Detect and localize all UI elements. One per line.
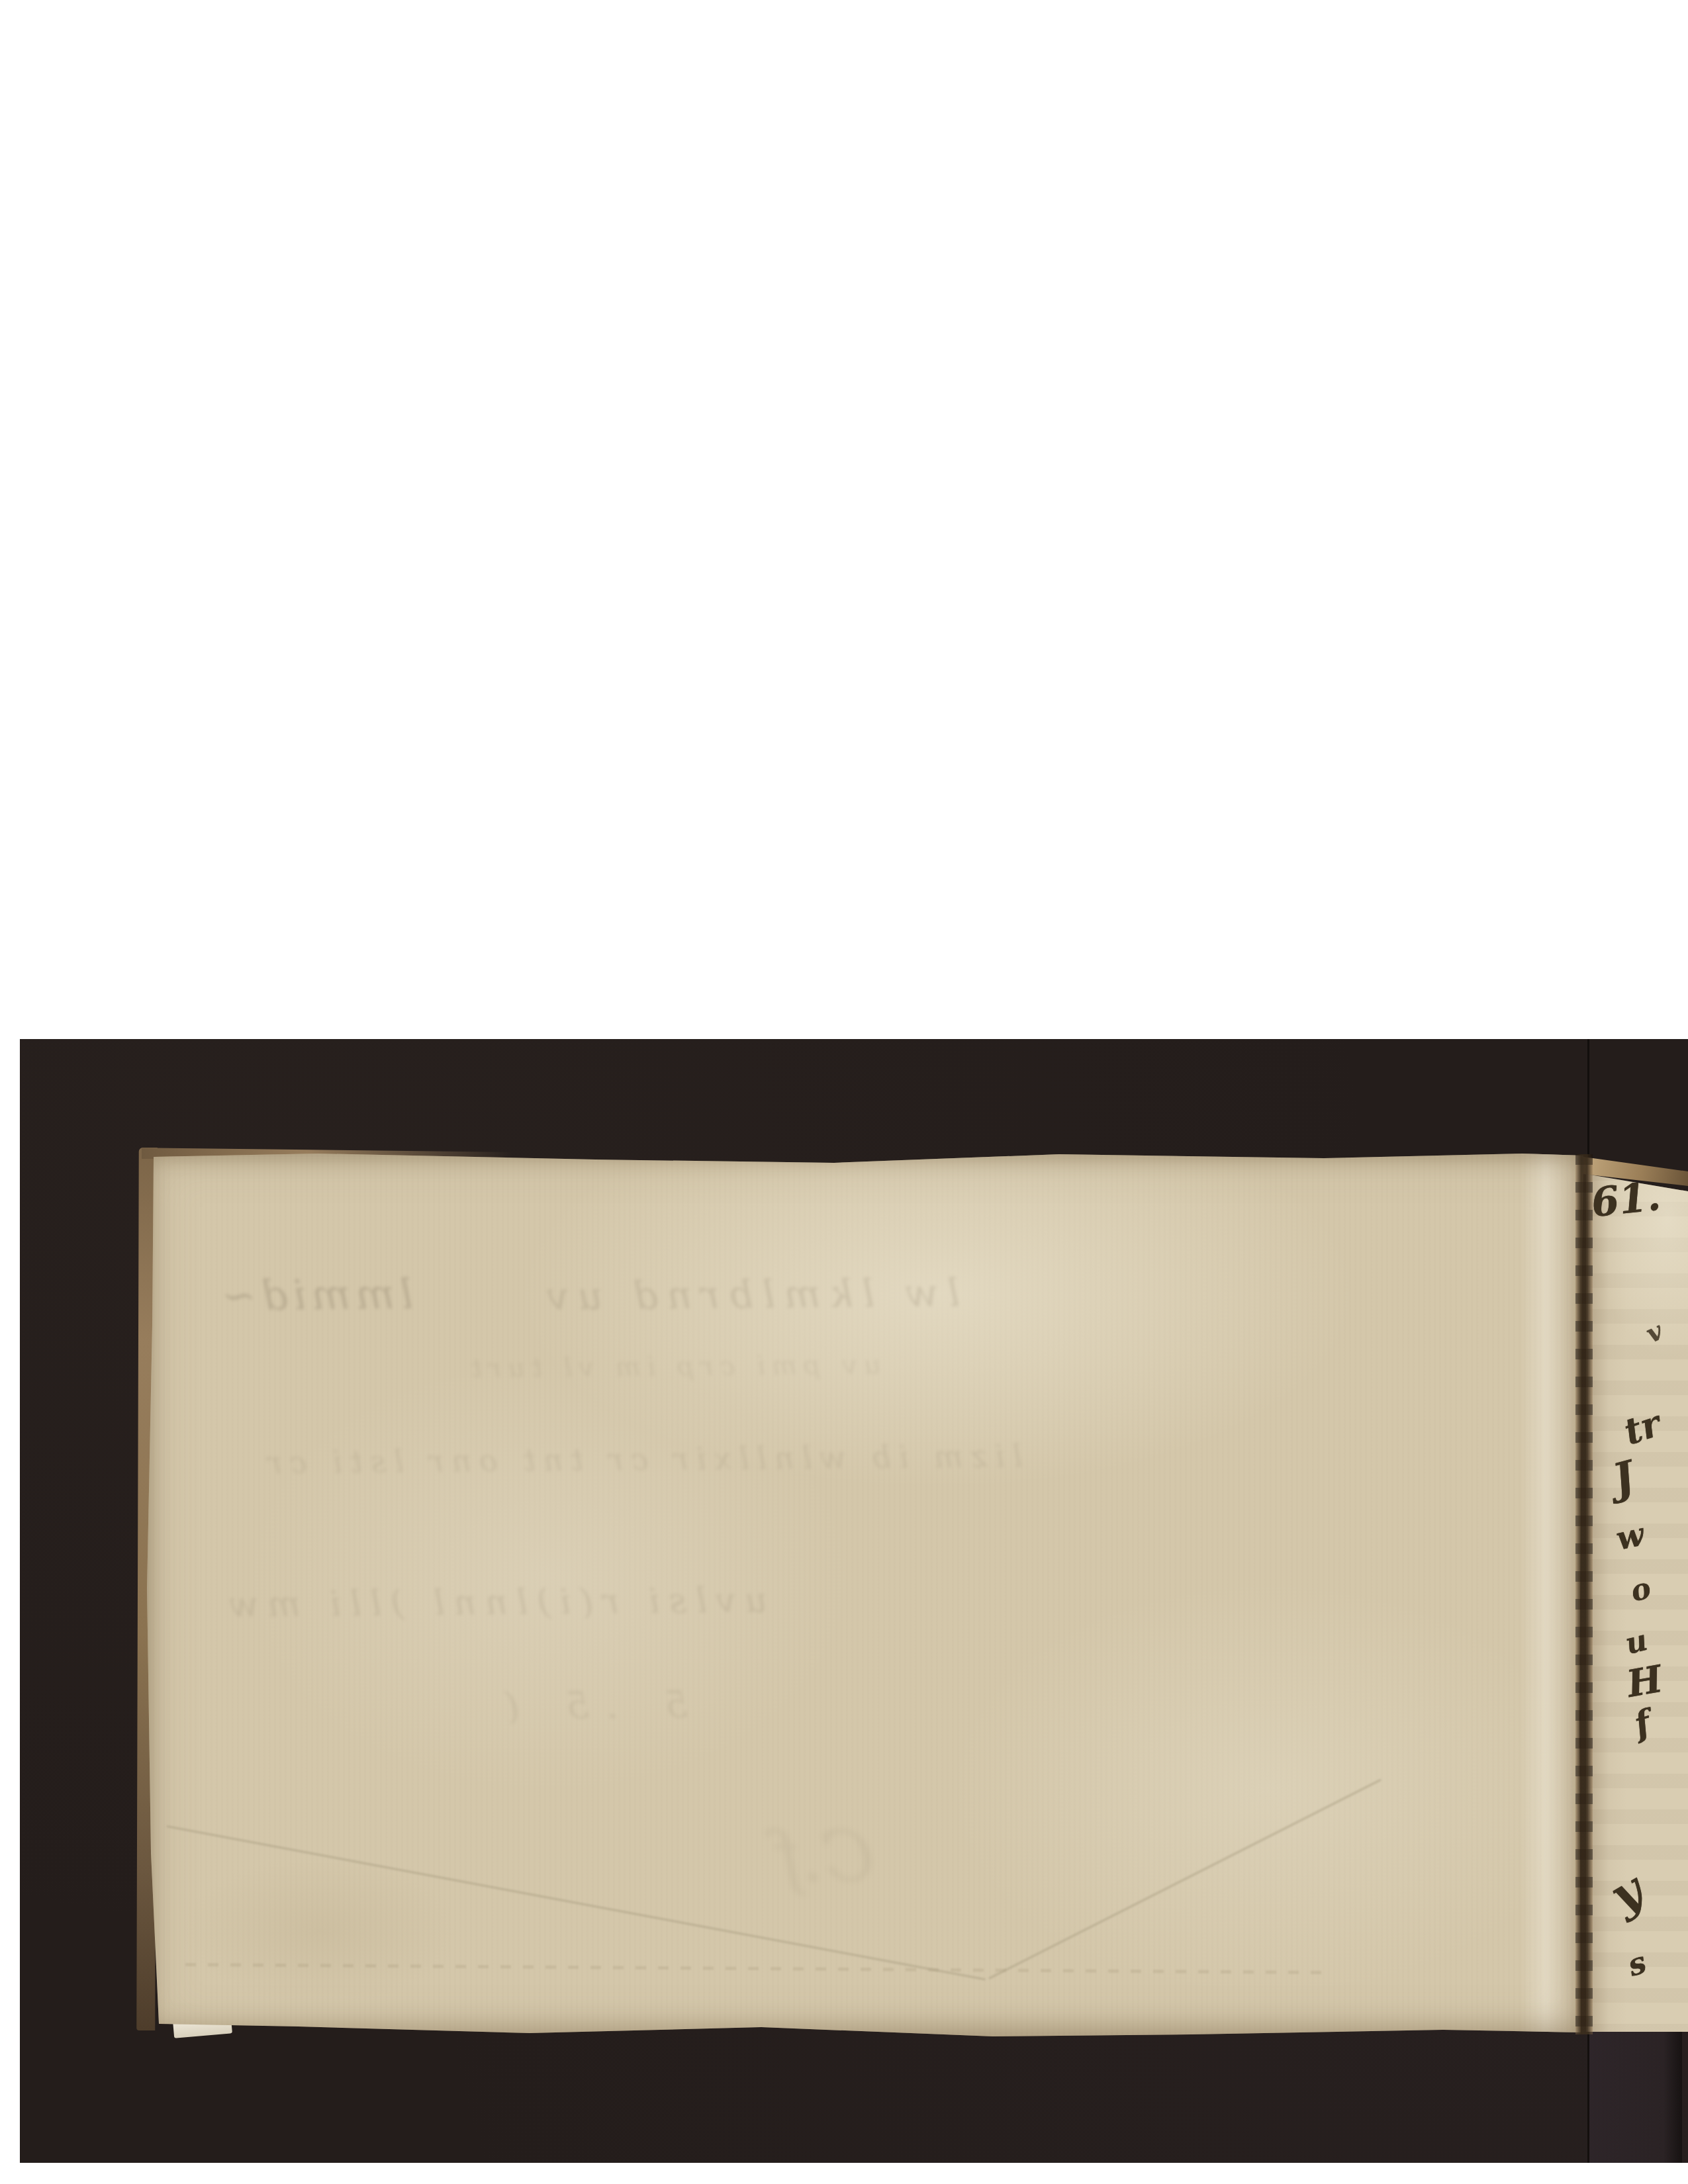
page-crease-right	[988, 1779, 1382, 1979]
ink-fragment: f	[1630, 1702, 1655, 1745]
ghost-bleedthrough-line: lmmid~	[216, 1270, 414, 1320]
backdrop-corner-band	[1589, 2032, 1682, 2163]
ink-fragment: o	[1627, 1571, 1654, 1609]
ghost-bleedthrough-line: lizm ib wlnllxir cr tnt onr lsti cr	[259, 1438, 1023, 1480]
ink-fragment: w	[1613, 1516, 1648, 1557]
bleedthrough-dashes	[185, 1963, 1331, 1974]
ghost-bleedthrough-line: uv pmi crp im vl turt	[465, 1349, 881, 1383]
ink-fragment: u	[1622, 1623, 1650, 1661]
backdrop-seam-top	[1587, 1039, 1589, 1162]
ghost-bleedthrough-line: uvlsi r(i)lnnl )lli mw	[220, 1580, 767, 1625]
blank-verso-page: lmmid~ lw lkmlbrnd uv uv pmi crp im vl t…	[147, 1152, 1585, 2037]
ink-fragment: y	[1601, 1861, 1653, 1924]
facing-page: 61. v tr J w o u H f y s	[1586, 1166, 1688, 2032]
scanned-manuscript-photo: 61. v tr J w o u H f y s lmmid~ lw lkmlb…	[0, 0, 1688, 2184]
gutter-seam	[1575, 1154, 1593, 2034]
ghost-smudge: C.f	[775, 1816, 874, 1897]
ink-fragment: H	[1624, 1657, 1666, 1706]
ink-fragment: v	[1642, 1315, 1667, 1348]
ghost-bleedthrough-line: 5 .5 (	[488, 1684, 688, 1729]
ink-fragment: tr	[1618, 1402, 1665, 1453]
ink-fragment: J	[1608, 1451, 1640, 1504]
ink-fragment: s	[1623, 1944, 1650, 1983]
ghost-bleedthrough-line: lw lkmlbrnd uv	[538, 1270, 960, 1319]
